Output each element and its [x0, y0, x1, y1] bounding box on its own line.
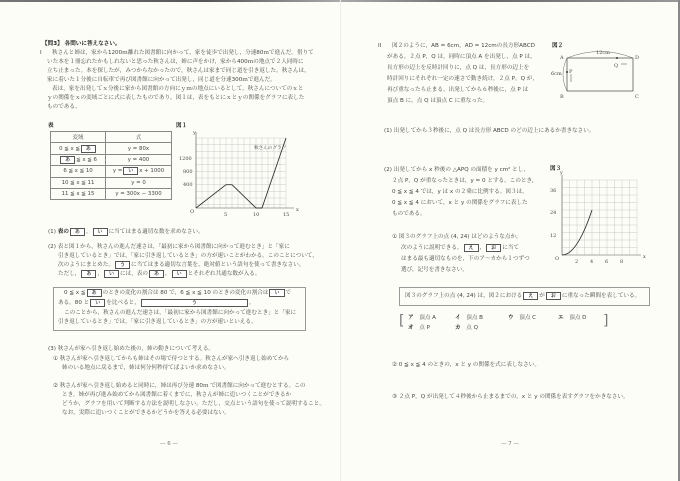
intro-line: 長方形の辺上を反時計回りに，点 Q は，長方形の辺上を	[387, 64, 529, 73]
table-row: 11 ≦ x ≦ 15 y = 300x − 3300	[51, 188, 172, 199]
intro-line: 再び重なったら止まる。出発してから６秒後に，点 P は	[387, 86, 528, 95]
intro-line: いた本を１冊忘れたかもしれないと思った秋さんは，姉に声をかけ，家から400ｍの地…	[47, 58, 304, 67]
option-u: ウ 頂点 C	[508, 314, 536, 323]
table-header-row: 変域 式	[51, 132, 172, 143]
vertex-d: D	[635, 55, 639, 61]
table-label: 表	[48, 122, 54, 131]
q1-text: (1) 表のあ，いに当てはまる適切な数を求めなさい。	[48, 228, 204, 237]
point-p: P	[569, 69, 573, 75]
q3-sub1-line: 姉のいる地点に戻るまで，姉は何分何秒待てばよいか求めなさい。	[62, 364, 230, 373]
sub1-line: 選び，記号を書きなさい。	[401, 266, 468, 275]
option-o: オ 点 P	[408, 324, 430, 333]
x-tick: 10	[253, 212, 259, 218]
section2-q2-line: ものである。	[392, 210, 426, 219]
figure1-graph: y x 1200 800 400 O 5 10 15 秋さんのグラフ	[176, 128, 306, 218]
table-row: あ≦ x ≦ 6 y = 400	[51, 154, 172, 165]
table-row: 6 ≦ x ≦ 10 y =いx + 1000	[51, 166, 172, 177]
x-tick: 2	[575, 259, 578, 265]
page-spine	[340, 0, 341, 481]
blank-a: あ	[87, 289, 102, 297]
table-cell: y = 80x	[106, 143, 172, 154]
sub1-line: はまる最も適切なものを，下のア～カから１つずつ	[401, 255, 530, 264]
y-axis-label: y	[559, 170, 563, 176]
blank-o: お	[486, 244, 501, 252]
table-cell: 10 ≦ x ≦ 11	[51, 177, 106, 188]
blank-i: い	[123, 167, 138, 175]
summary-line: 引き返しているとき」では，「家に引き返しているとき」の方が速いといえる。	[58, 318, 257, 327]
table-cell: 6 ≦ x ≦ 10	[51, 166, 106, 177]
intro-line: 立ち止まった。本を探したが，みつからなかったので，秋さんは家まで同じ道を引き返し…	[47, 67, 310, 76]
blank-a: あ	[81, 270, 96, 278]
table-cell: 0 ≦ x ≦あ	[51, 143, 106, 154]
sub1-line: ① 図３のグラフ上の点 (4, 24) はどのような点か，	[392, 233, 522, 242]
y-tick: 12	[550, 233, 556, 239]
table-row: 10 ≦ x ≦ 11 y = 0	[51, 177, 172, 188]
intro-line: がある。２点 P，Q は，同時に頂点 A を出発し，点 P は，	[387, 53, 536, 62]
blank-a: あ	[70, 228, 85, 236]
explanation-text: 図３のグラフ上の点 (4, 24) は，図２におけるえがおに重なった瞬間を表して…	[405, 292, 640, 301]
page-number-left: — 6 —	[160, 441, 178, 447]
length-label-top: 12cm	[596, 50, 610, 56]
q2-line: 次のようにまとめた。うに当てはまる適切な言葉を，絶対値という語句を使って書きなさ…	[58, 261, 304, 270]
figure3-graph: y x 36 24 12 O 2 4 6 8	[545, 172, 680, 272]
option-ka: カ 点 Q	[455, 324, 478, 333]
summary-line: 0 ≦ x ≦あのときの変化の割合は 80 で，6 ≦ x ≦ 10 のときの変…	[64, 289, 291, 298]
y-tick: 400	[183, 182, 193, 188]
q3-sub1-line: ① 秋さんが家へ引き返してからも姉はその場で待つとする。秋さんが家へ引き返し始め…	[53, 355, 289, 364]
x-tick: 15	[283, 212, 289, 218]
section2-q2-line: ２点 P，Q が重なったときは，y = 0 とする。このとき，	[392, 177, 537, 186]
y-tick: 1200	[179, 156, 192, 162]
table-row: 0 ≦ x ≦あ y = 80x	[51, 143, 172, 154]
table-cell: y = 400	[106, 154, 172, 165]
section2-q2-line: 0 ≦ x ≦ 4 では，y は x の２乗に比例する。図３は，	[392, 188, 528, 197]
section2-q1: (1) 出発してから３秒後に，点 Q は長方形 ABCD のどの辺上にあるか書き…	[384, 127, 594, 136]
blank-i: い	[90, 299, 105, 307]
blank-a: あ	[60, 156, 75, 164]
q3-sub2-line: とき，姉が再び進み始めてから図書館に着くまでに，秋さんが姉に追いつくことができる…	[62, 391, 291, 400]
intro-line: 家に着いた１分後に自転車で再び図書館に向かって出発し，同じ道を分速300ｍで進ん…	[47, 76, 276, 85]
q3-text: (3) 秋さんが家へ引き返し始めた後の，姉の動きについて考える。	[48, 345, 214, 354]
options-bracket-left: [	[399, 310, 404, 332]
intro-line: 時計回りにそれぞれ一定の速さで動き続け，２点 P，Q が，	[387, 75, 538, 84]
x-axis-label: x	[296, 207, 299, 213]
page-number-right: — 7 —	[501, 441, 519, 447]
intro-line: ものである。	[47, 103, 81, 112]
blank-e: え	[464, 244, 479, 252]
section-number-1: I	[40, 49, 42, 58]
curve-label: 秋さんのグラフ	[254, 144, 286, 151]
table-cell: あ≦ x ≦ 6	[51, 154, 106, 165]
blank-e[interactable]: え	[523, 292, 538, 300]
table-cell: y = 0	[106, 177, 172, 188]
blank-i: い	[269, 289, 284, 297]
y-tick: 24	[550, 210, 556, 216]
origin-label: O	[555, 256, 559, 262]
q3-sub2-line: ② 秋さんが家へ引き返し始めると同時に，姉は再び分速 80ｍ で図書館に向かって…	[53, 382, 305, 391]
q2-line: 引き返しているとき」では，「家に引き返しているとき」の方が速いことがわかる。この…	[58, 252, 318, 261]
x-tick: 4	[590, 259, 593, 265]
option-a: ア 頂点 A	[408, 314, 436, 323]
table-header: 変域	[51, 132, 106, 143]
options-bracket-right: ]	[603, 310, 608, 332]
x-tick: 6	[605, 259, 608, 265]
origin-label: O	[190, 209, 194, 215]
x-tick: 8	[620, 259, 623, 265]
intro-line: 頂点 B に，点 Q は頂点 C に重なった。	[387, 97, 488, 106]
point-q: Q	[614, 63, 618, 69]
relation-table: 変域 式 0 ≦ x ≦あ y = 80x あ≦ x ≦ 6 y = 400 6…	[50, 131, 172, 200]
blank-a: あ	[81, 145, 96, 153]
q2-line: ただし，あ，いには，表のあ，いとそれぞれ共通な数が入る。	[58, 270, 260, 279]
q3-sub2-line: どうか，グラフを用いて判断する方法を説明しなさい。ただし，交点という語句を使って…	[62, 400, 325, 409]
table-header: 式	[106, 132, 172, 143]
blank-u: う	[115, 261, 130, 269]
length-label-side: 6cm	[551, 71, 562, 77]
option-e: エ 頂点 D	[558, 314, 587, 323]
sub3-text: ③ ２点 P，Q が出発して４秒後から止まるまでの，x と y の関係を表すグラ…	[392, 393, 629, 402]
section2-q2-line: 0 ≦ x ≦ 4 において，x と y の関係をグラフに表した	[392, 199, 528, 208]
blank-a: あ	[149, 270, 164, 278]
blank-o[interactable]: お	[546, 292, 561, 300]
intro-line: 秋さんと姉は，家から1200ｍ離れた図書館に向かって，家を徒歩で出発し，分速80…	[52, 49, 314, 58]
intro-line: 図２のように，AB = 6cm，AD = 12cmの長方形ABCD	[392, 42, 535, 51]
q3-sub2-line: なお，実際に追いつくことができるかどうかを答える必要はない。	[62, 409, 230, 418]
vertex-b: B	[560, 94, 564, 100]
x-axis-label: x	[643, 254, 646, 260]
section-number-2: II	[378, 42, 381, 51]
summary-line: このことから，秋さんの進んだ速さは，「最初に家から図書館に向かって進むとき」と「…	[64, 309, 296, 318]
x-tick: 5	[224, 212, 227, 218]
section2-q2-line: (2) 出発してから x 秒後の △APQ の面積を y cm² とし，	[384, 166, 529, 175]
table-cell: 11 ≦ x ≦ 15	[51, 188, 106, 199]
intro-line: ｙの関係をｘの変域ごとに式に表したものであり，図１は，表をもとにｘとｙの関係をグ…	[47, 94, 304, 103]
answer-blank-u[interactable]: う	[141, 299, 248, 307]
intro-line: 表は，家を出発してｘ分後に家から図書館の方向にｙｍの地点にいるとして，秋さんにつ…	[52, 85, 304, 94]
blank-i: い	[104, 270, 119, 278]
y-axis-label: y	[192, 130, 196, 136]
y-tick: 800	[183, 169, 193, 175]
sub1-line: 次のように説明できる。え，おに当て	[401, 244, 519, 253]
sub2-text: ② 0 ≦ x ≦ 4 のときの，x と y の関係を式に表しなさい。	[392, 361, 540, 370]
table-cell: y = 300x − 3300	[106, 188, 172, 199]
table-cell: y =いx + 1000	[106, 166, 172, 177]
y-tick: 36	[550, 188, 556, 194]
figure2-rectangle: 12cm 6cm A B C D P Q	[555, 45, 675, 105]
vertex-c: C	[635, 94, 639, 100]
summary-line: ある。80 といを比べると，う。	[58, 299, 255, 308]
q2-line: (2) 表と図１から，秋さんの進んだ速さは，「最初に家から図書館に向かって進むと…	[48, 243, 290, 252]
blank-i: い	[172, 270, 187, 278]
option-i: イ 頂点 B	[455, 314, 483, 323]
blank-i: い	[93, 228, 108, 236]
vertex-a: A	[559, 55, 564, 61]
question-heading: 【問3】 各問いに答えなさい。	[42, 40, 121, 49]
